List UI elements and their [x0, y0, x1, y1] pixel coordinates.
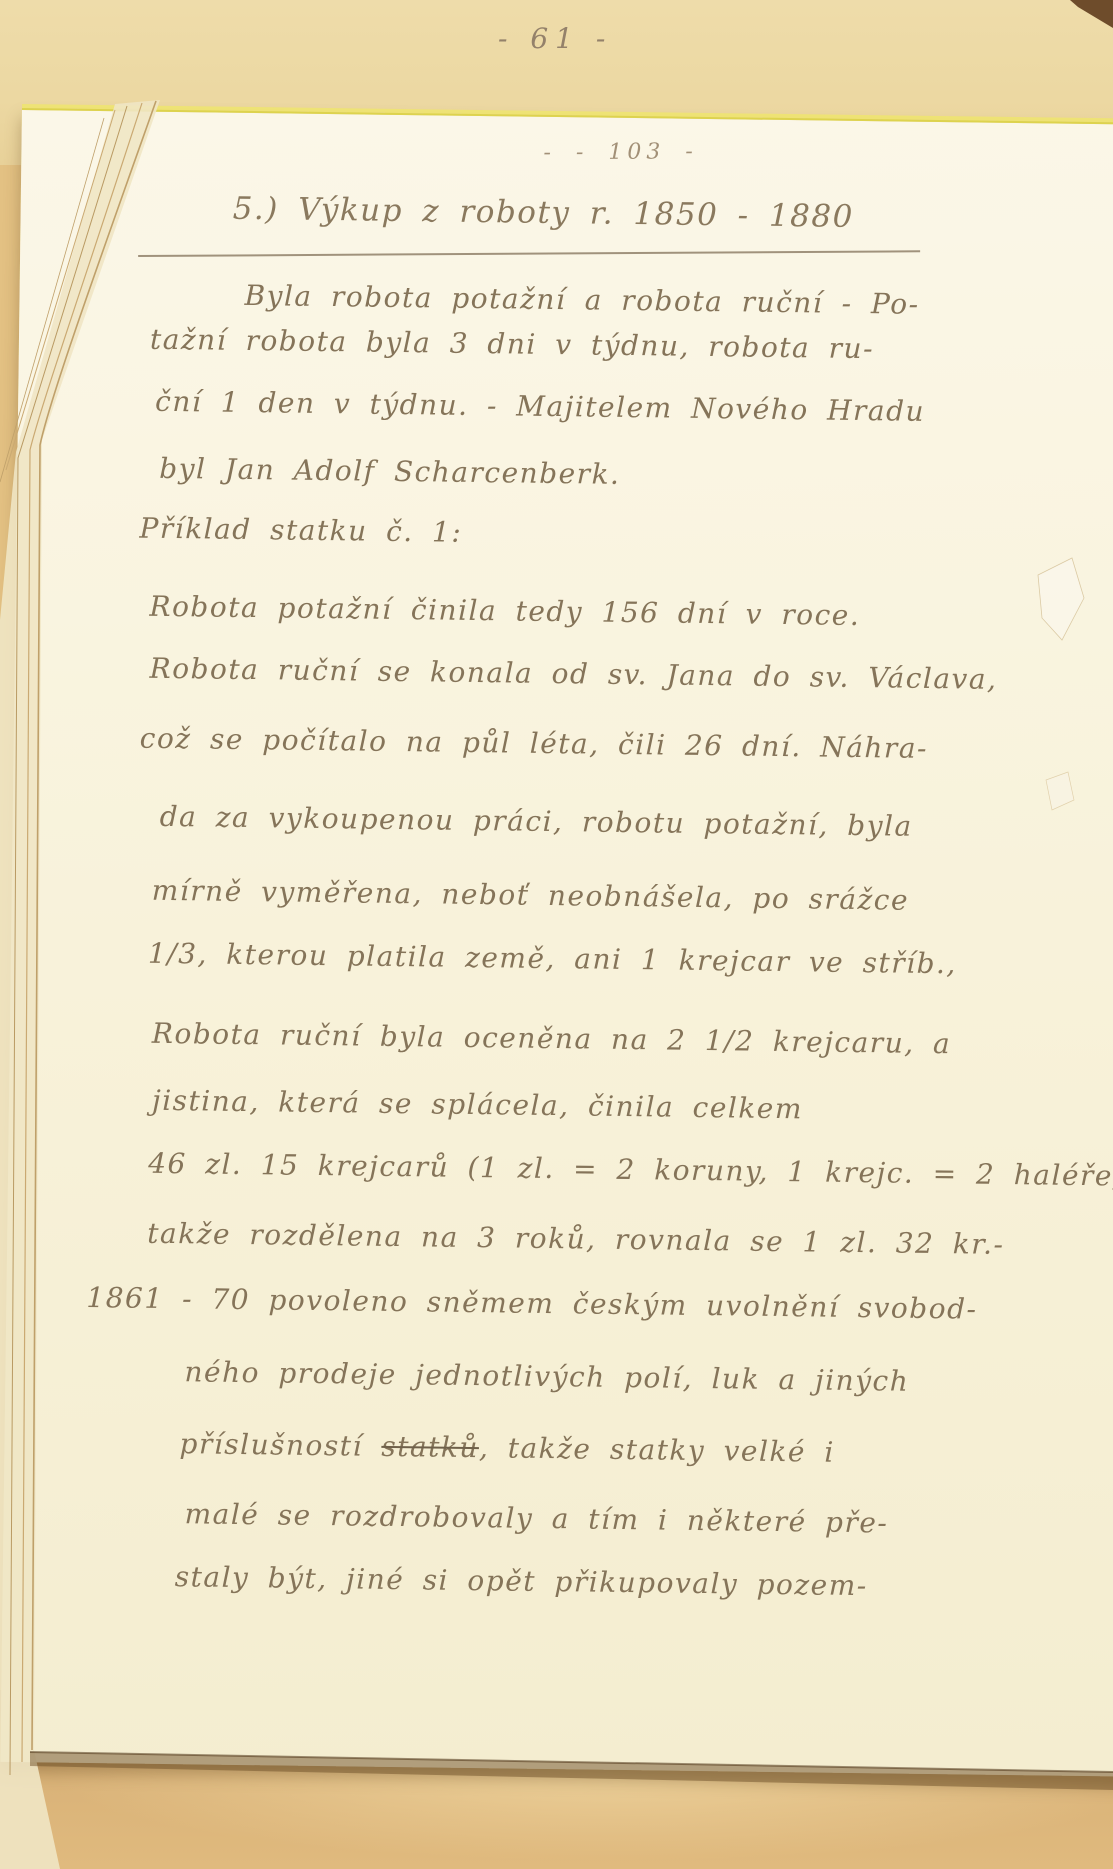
- page-number-inner: - - 103 -: [543, 139, 697, 165]
- page-number-outer: - 61 -: [498, 22, 612, 55]
- manuscript-line-20: staly být, jiné si opět přikupovaly poze…: [175, 1560, 868, 1602]
- section-heading: 5.) Výkup z roboty r. 1850 - 1880: [232, 191, 854, 235]
- heading-underline: [138, 250, 920, 257]
- line-18-post: , takže statky velké i: [479, 1431, 835, 1469]
- manuscript-line-17: ného prodeje jednotlivých polí, luk a ji…: [184, 1355, 909, 1397]
- manuscript-line-18: příslušností statků, takže statky velké …: [179, 1427, 835, 1469]
- manuscript-line-19: malé se rozdrobovaly a tím i některé pře…: [184, 1497, 888, 1539]
- manuscript-line-10: mírně vyměřena, neboť neobnášela, po srá…: [152, 874, 910, 917]
- line-18-struck-word: statků: [381, 1430, 479, 1464]
- manuscript-line-15: takže rozdělena na 3 roků, rovnala se 1 …: [147, 1217, 1005, 1261]
- manuscript-scan: - 61 - - - 103 - 5.) Výkup z roboty r. 1…: [0, 0, 1113, 1869]
- manuscript-line-16: 1861 - 70 povoleno sněmem českým uvolněn…: [86, 1281, 977, 1326]
- manuscript-line-9: da za vykoupenou práci, robotu potažní, …: [160, 800, 913, 843]
- line-18-pre: příslušností: [179, 1427, 381, 1463]
- manuscript-line-11: 1/3, kterou platila země, ani 1 krejcar …: [148, 937, 957, 981]
- manuscript-line-2: tažní robota byla 3 dni v týdnu, robota …: [150, 323, 874, 365]
- manuscript-line-14: 46 zl. 15 krejcarů (1 zl. = 2 koruny, 1 …: [148, 1147, 1113, 1193]
- manuscript-line-7: Robota ruční se konala od sv. Jana do sv…: [149, 652, 997, 696]
- manuscript-line-8: což se počítalo na půl léta, čili 26 dní…: [140, 722, 929, 765]
- manuscript-line-5: Příklad statku č. 1:: [139, 512, 462, 549]
- manuscript-line-4: byl Jan Adolf Scharcenberk.: [159, 452, 621, 491]
- manuscript-page: - - 103 - 5.) Výkup z roboty r. 1850 - 1…: [0, 108, 1113, 1777]
- manuscript-line-12: Robota ruční byla oceněna na 2 1/2 krejc…: [152, 1017, 952, 1060]
- manuscript-line-13: jistina, která se splácela, činila celke…: [152, 1084, 803, 1126]
- manuscript-line-6: Robota potažní činila tedy 156 dní v roc…: [149, 590, 860, 632]
- manuscript-line-3: ční 1 den v týdnu. - Majitelem Nového Hr…: [155, 385, 925, 428]
- manuscript-line-1: Byla robota potažní a robota ruční - Po-: [244, 279, 919, 321]
